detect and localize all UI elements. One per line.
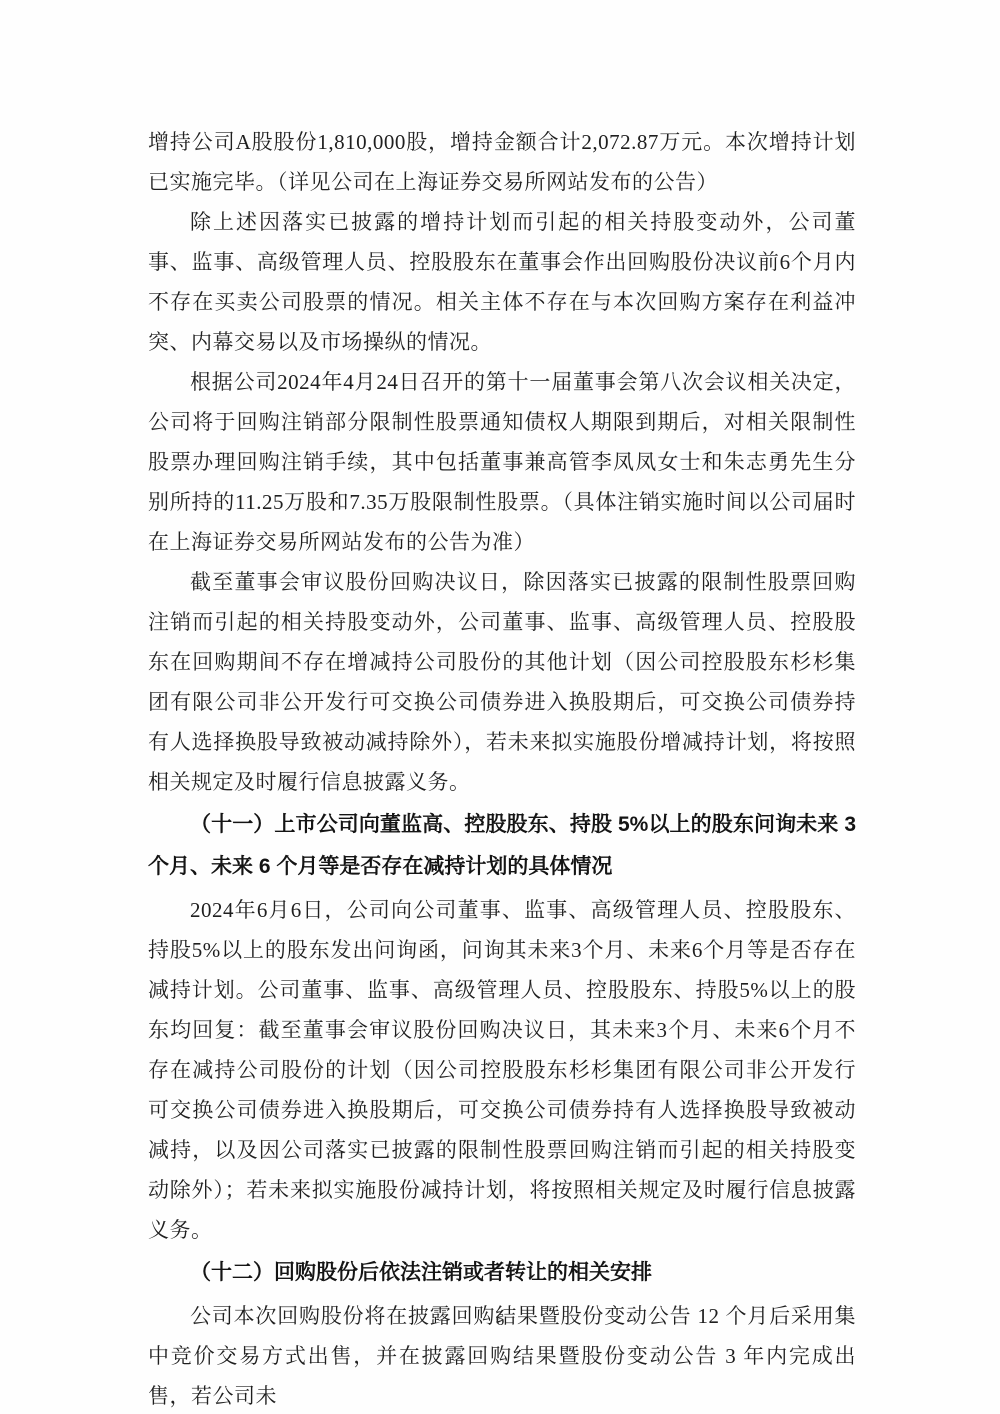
section-heading-11: （十一）上市公司向董监高、控股股东、持股 5%以上的股东问询未来 3 个月、未来… (148, 804, 856, 888)
section-heading-12: （十二）回购股份后依法注销或者转让的相关安排 (148, 1252, 856, 1294)
page-number: 6 (0, 1310, 1000, 1330)
paragraph: 除上述因落实已披露的增持计划而引起的相关持股变动外，公司董事、监事、高级管理人员… (148, 202, 856, 362)
document-page: 增持公司A股股份1,810,000股，增持金额合计2,072.87万元。本次增持… (0, 0, 1000, 1414)
paragraph: 根据公司2024年4月24日召开的第十一届董事会第八次会议相关决定，公司将于回购… (148, 362, 856, 562)
document-body: 增持公司A股股份1,810,000股，增持金额合计2,072.87万元。本次增持… (148, 122, 856, 1414)
paragraph: 截至董事会审议股份回购决议日，除因落实已披露的限制性股票回购注销而引起的相关持股… (148, 562, 856, 802)
paragraph-continuation: 增持公司A股股份1,810,000股，增持金额合计2,072.87万元。本次增持… (148, 122, 856, 202)
paragraph: 2024年6月6日，公司向公司董事、监事、高级管理人员、控股股东、持股5%以上的… (148, 890, 856, 1250)
